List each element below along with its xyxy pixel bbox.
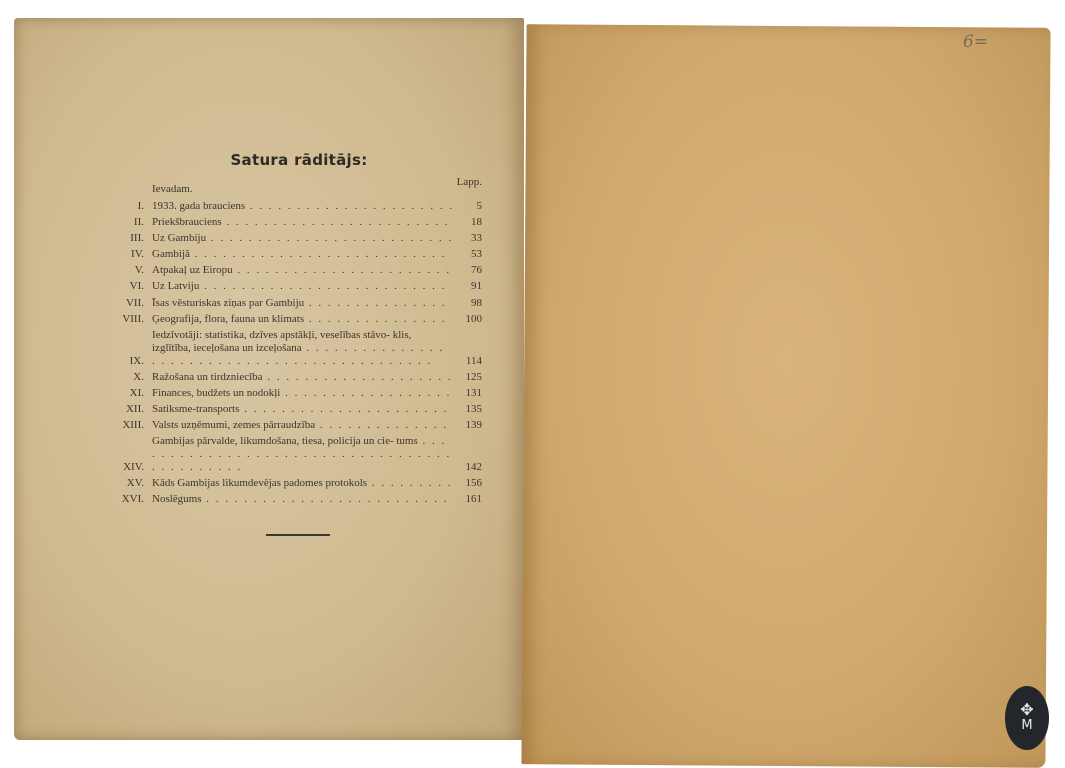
chapter-number: III.: [114, 232, 152, 245]
chapter-number: VIII.: [114, 313, 152, 326]
toc-entry: XI.Finances, budžets un nodokļi131: [114, 387, 482, 400]
right-page: [521, 24, 1050, 768]
chapter-page: 135: [452, 403, 482, 416]
chapter-title: Kāds Gambijas likumdevējas padomes proto…: [152, 477, 452, 490]
handwritten-annotation: 6=: [963, 32, 988, 52]
chapter-page: 53: [452, 248, 482, 261]
chapter-page: 114: [452, 355, 482, 368]
toc-entry: III.Uz Gambiju33: [114, 232, 482, 245]
toc-entry: VIII.Ģeografija, flora, fauna un klimats…: [114, 313, 482, 326]
chapter-page: 156: [452, 477, 482, 490]
chapter-number: IV.: [114, 248, 152, 261]
chapter-number: IX.: [114, 355, 152, 368]
toc-entry: XII.Satiksme-transports135: [114, 403, 482, 416]
chapter-number: VII.: [114, 297, 152, 310]
chapter-page: 18: [452, 216, 482, 229]
chapter-number: XIV.: [114, 461, 152, 474]
chapter-title: Uz Latviju: [152, 280, 452, 293]
chapter-title: Finances, budžets un nodokļi: [152, 387, 452, 400]
toc-entries: I.1933. gada brauciens5II.Priekšbraucien…: [114, 200, 482, 510]
chapter-number: I.: [114, 200, 152, 213]
chapter-page: 98: [452, 297, 482, 310]
chapter-number: XI.: [114, 387, 152, 400]
chapter-number: VI.: [114, 280, 152, 293]
chapter-title: Gambijas pārvalde, likumdošana, tiesa, p…: [152, 435, 452, 474]
chapter-title: Valsts uzņēmumi, zemes pārraudzība: [152, 419, 452, 432]
toc-intro: Ievadam.: [152, 183, 193, 195]
chapter-page: 139: [452, 419, 482, 432]
toc-entry: V.Atpakaļ uz Eiropu76: [114, 264, 482, 277]
chapter-page: 125: [452, 371, 482, 384]
chapter-title: Satiksme-transports: [152, 403, 452, 416]
toc-title: Satura rāditājs:: [14, 151, 524, 169]
toc-entry: X.Ražošana un tirdzniecība125: [114, 371, 482, 384]
chapter-title: Gambijā: [152, 248, 452, 261]
chapter-title: Ģeografija, flora, fauna un klimats: [152, 313, 452, 326]
chapter-title: Noslēgums: [152, 493, 452, 506]
monogram-icon: M: [1021, 719, 1032, 733]
toc-entry: VI.Uz Latviju91: [114, 280, 482, 293]
chapter-title: 1933. gada brauciens: [152, 200, 452, 213]
divider-rule: [266, 534, 330, 536]
toc-entry: I.1933. gada brauciens5: [114, 200, 482, 213]
chapter-page: 100: [452, 313, 482, 326]
chapter-page: 131: [452, 387, 482, 400]
chapter-number: XV.: [114, 477, 152, 490]
chapter-page: 91: [452, 280, 482, 293]
toc-entry: XVI.Noslēgums161: [114, 493, 482, 506]
chapter-title: Iedzīvotāji: statistika, dzīves apstākļi…: [152, 329, 452, 368]
chapter-number: XVI.: [114, 493, 152, 506]
toc-entry: IX.Iedzīvotāji: statistika, dzīves apstā…: [114, 329, 482, 368]
chapter-title: Atpakaļ uz Eiropu: [152, 264, 452, 277]
chapter-page: 142: [452, 461, 482, 474]
chapter-title: Uz Gambiju: [152, 232, 452, 245]
chapter-page: 33: [452, 232, 482, 245]
toc-entry: XIII.Valsts uzņēmumi, zemes pārraudzība1…: [114, 419, 482, 432]
toc-entry: II.Priekšbrauciens18: [114, 216, 482, 229]
toc-entry: XV.Kāds Gambijas likumdevējas padomes pr…: [114, 477, 482, 490]
chapter-page: 5: [452, 200, 482, 213]
left-page: Satura rāditājs: Lapp. Ievadam. I.1933. …: [14, 18, 524, 740]
chapter-title: Ražošana un tirdzniecība: [152, 371, 452, 384]
chapter-number: II.: [114, 216, 152, 229]
toc-entry: XIV.Gambijas pārvalde, likumdošana, ties…: [114, 435, 482, 474]
toc-entry: VII.Īsas vēsturiskas ziņas par Gambiju98: [114, 297, 482, 310]
chapter-number: V.: [114, 264, 152, 277]
watermark-logo: ✥ M: [1005, 686, 1049, 750]
page-column-header: Lapp.: [457, 176, 482, 188]
chapter-title: Priekšbrauciens: [152, 216, 452, 229]
chapter-page: 76: [452, 264, 482, 277]
chapter-page: 161: [452, 493, 482, 506]
toc-entry: IV.Gambijā53: [114, 248, 482, 261]
diamond-flower-icon: ✥: [1020, 703, 1033, 719]
chapter-number: XII.: [114, 403, 152, 416]
chapter-title: Īsas vēsturiskas ziņas par Gambiju: [152, 297, 452, 310]
chapter-number: XIII.: [114, 419, 152, 432]
chapter-number: X.: [114, 371, 152, 384]
